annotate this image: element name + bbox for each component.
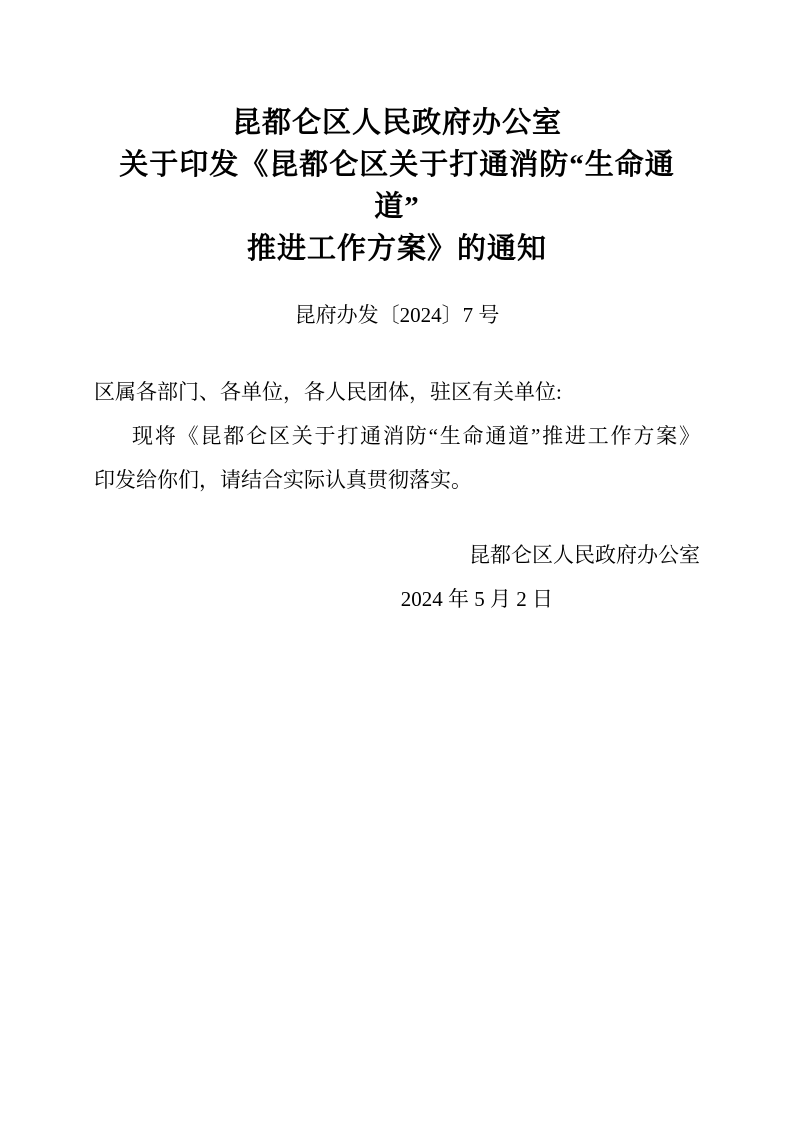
title-line-4: 推进工作方案》的通知 xyxy=(94,228,700,270)
title-line-1: 昆都仑区人民政府办公室 xyxy=(94,102,700,144)
document-title: 昆都仑区人民政府办公室 关于印发《昆都仑区关于打通消防“生命通 道” 推进工作方… xyxy=(94,102,700,270)
signature-issuer: 昆都仑区人民政府办公室 xyxy=(94,533,700,577)
document-number: 昆府办发〔2024〕7 号 xyxy=(94,300,700,330)
salutation-line: 区属各部门、各单位，各人民团体，驻区有关单位: xyxy=(94,370,700,414)
title-line-2: 关于印发《昆都仑区关于打通消防“生命通 xyxy=(94,144,700,186)
signature-date: 2024 年 5 月 2 日 xyxy=(94,577,700,621)
body-paragraph-line-2: 印发给你们，请结合实际认真贯彻落实。 xyxy=(94,458,700,502)
body-paragraph-line-1: 现将《昆都仑区关于打通消防“生命通道”推进工作方案》 xyxy=(94,414,700,458)
signature-block: 昆都仑区人民政府办公室 2024 年 5 月 2 日 xyxy=(94,533,700,621)
document-body: 区属各部门、各单位，各人民团体，驻区有关单位: 现将《昆都仑区关于打通消防“生命… xyxy=(94,370,700,502)
title-line-3: 道” xyxy=(94,186,700,228)
document-page: 昆都仑区人民政府办公室 关于印发《昆都仑区关于打通消防“生命通 道” 推进工作方… xyxy=(0,0,793,1122)
